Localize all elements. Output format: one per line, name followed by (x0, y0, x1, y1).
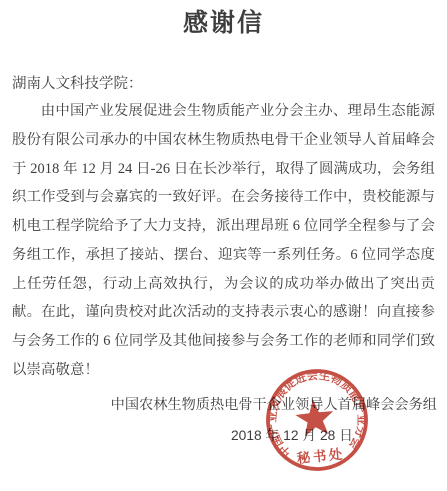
salutation: 湖南人文科技学院： (12, 72, 143, 93)
signature-line: 中国农林生物质热电骨干企业领导人首届峰会会务组 (111, 394, 437, 414)
date-line: 2018 年 12 月 28 日 (231, 424, 353, 444)
letter-title: 感谢信 (0, 3, 447, 39)
letter-page: 感谢信 湖南人文科技学院： 由中国产业发展促进会生物质能产业分会主办、理昂生态能… (0, 0, 447, 491)
seal-secretariat-text: 秘书处 (296, 445, 345, 466)
letter-body-paragraph: 由中国产业发展促进会生物质能产业分会主办、理昂生态能源股份有限公司承办的中国农林… (12, 97, 435, 385)
